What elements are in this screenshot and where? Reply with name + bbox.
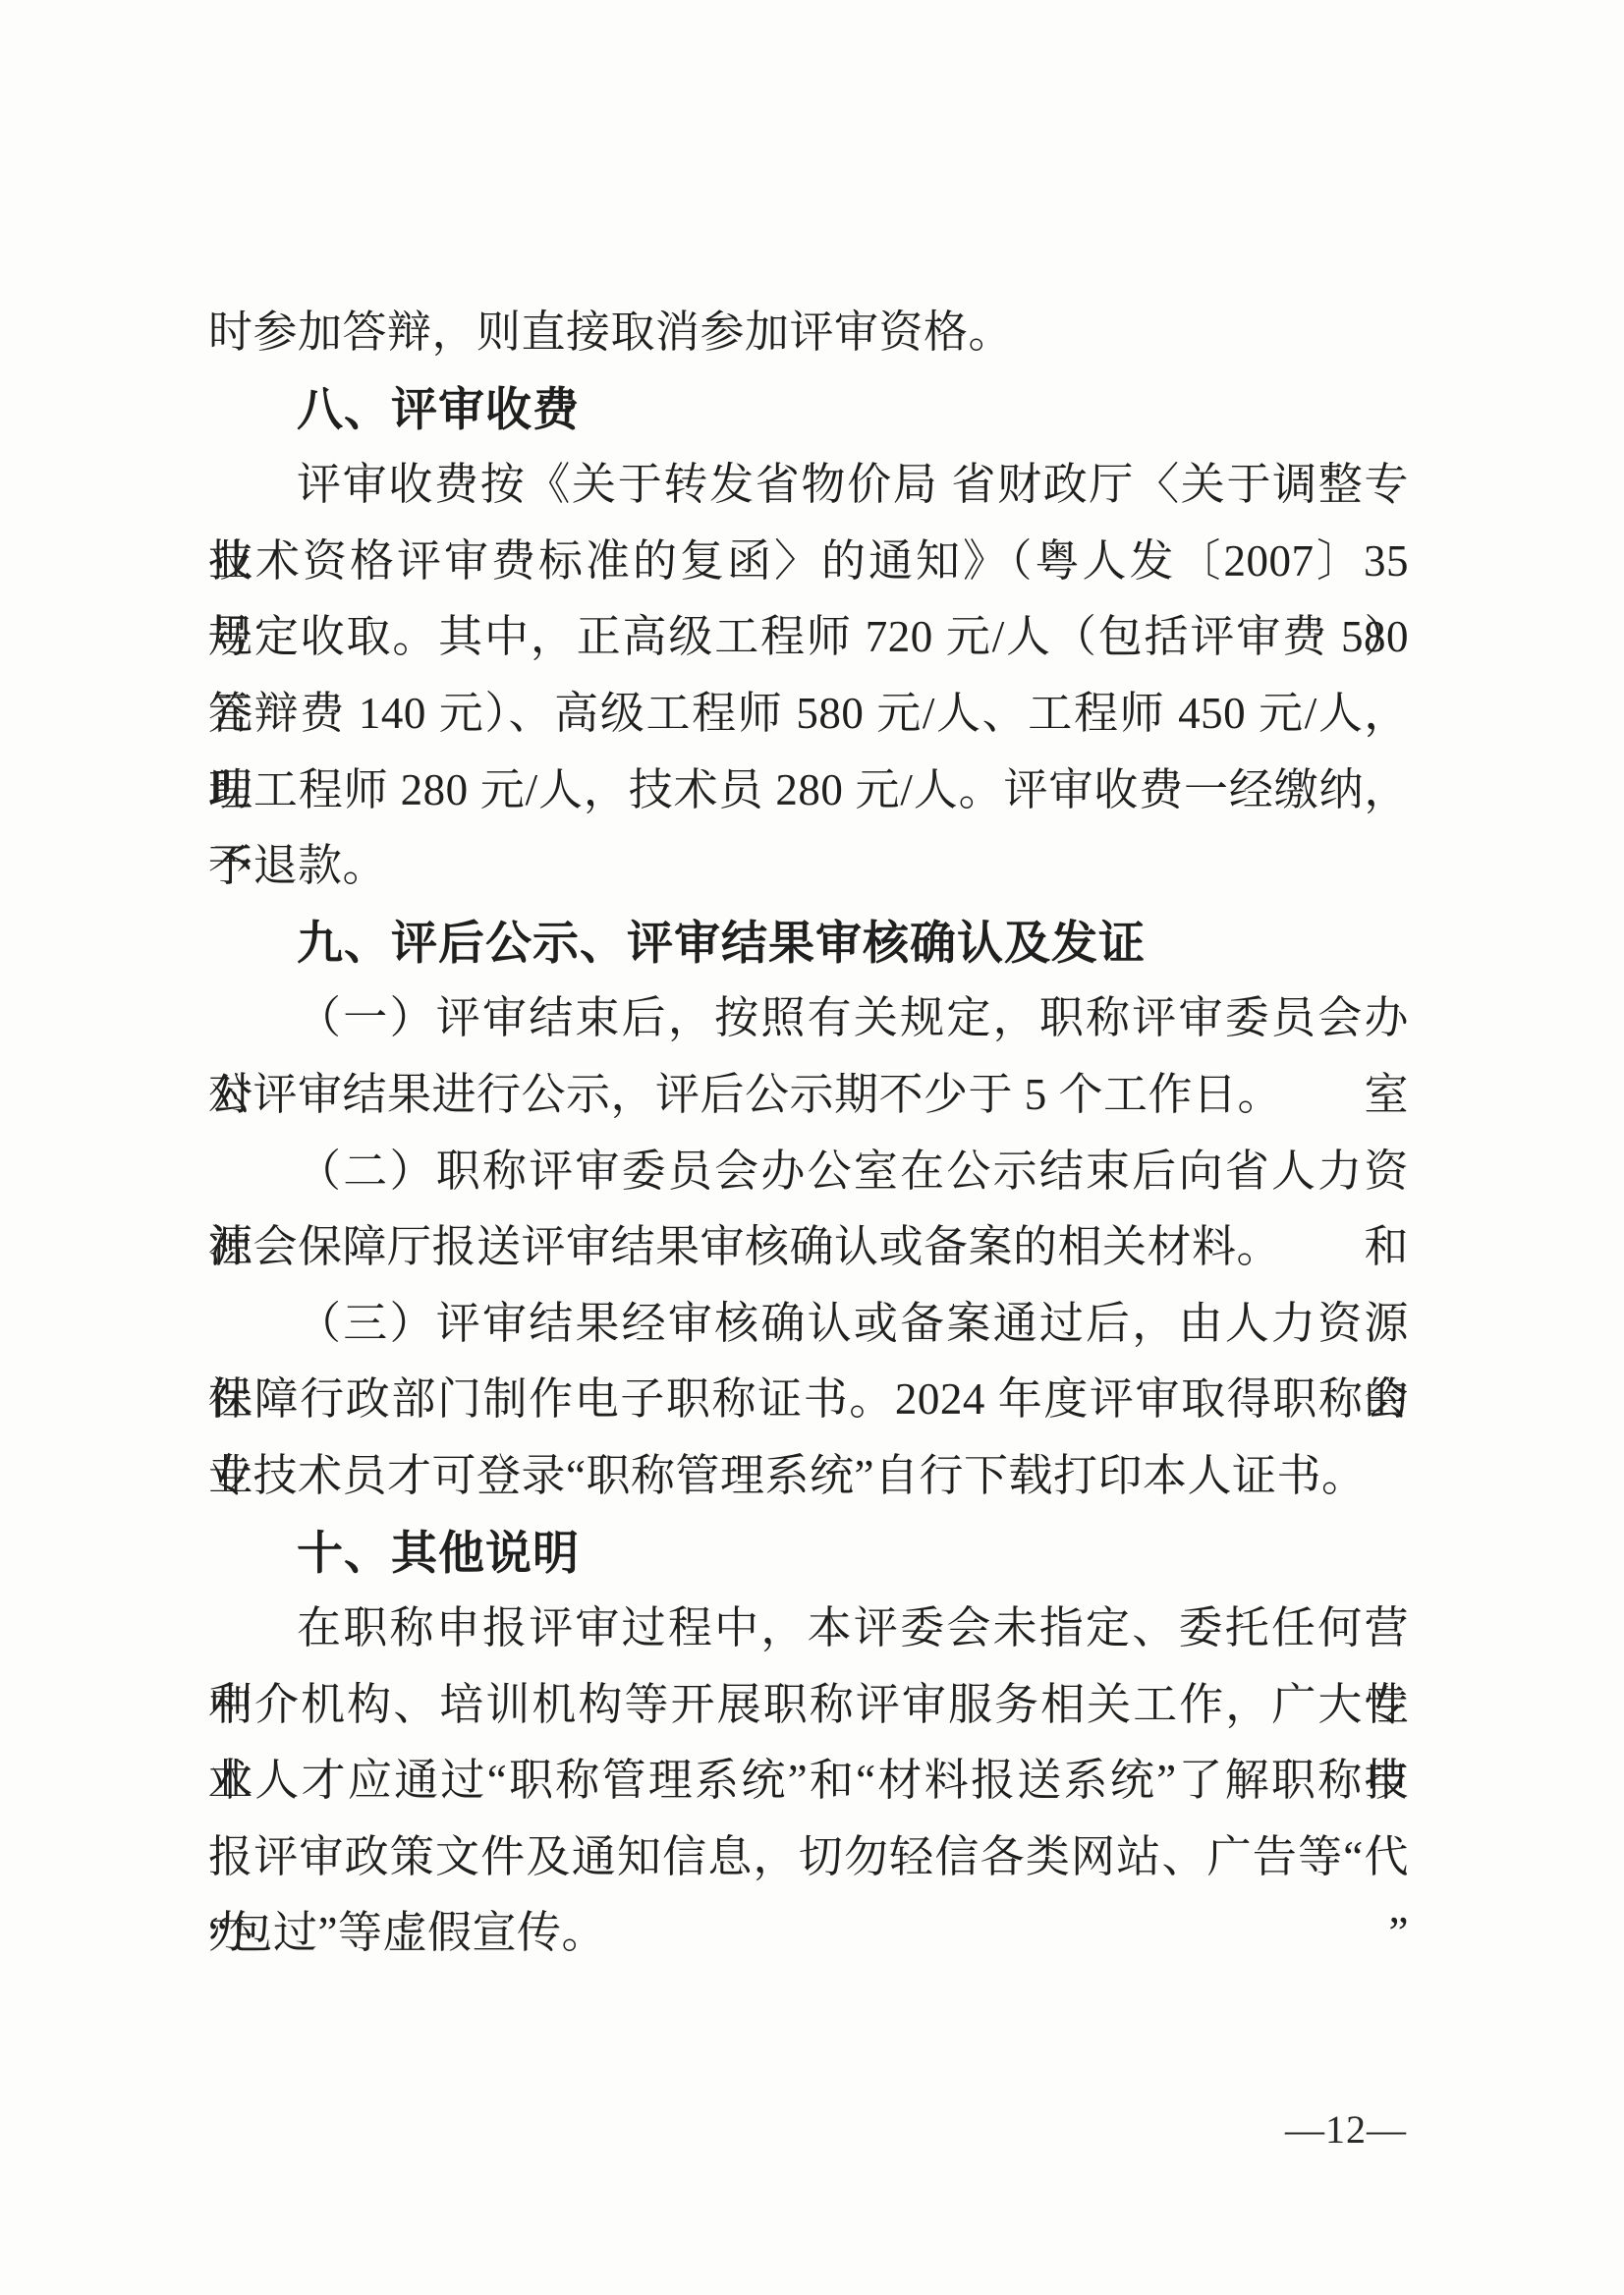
body-text-line: （二）职称评审委员会办公室在公示结束后向省人力资源和 <box>208 1134 1409 1210</box>
body-text-line: 予退款。 <box>208 828 1409 905</box>
body-text-line: （三）评审结果经审核确认或备案通过后，由人力资源社会 <box>208 1286 1409 1363</box>
body-text-line: 报评审政策文件及通知信息，切勿轻信各类网站、广告等“代办” <box>208 1819 1409 1896</box>
body-text-line: 中介机构、培训机构等开展职称评审服务相关工作，广大专业技 <box>208 1667 1409 1744</box>
body-text-line: 业技术员才可登录“职称管理系统”自行下载打印本人证书。 <box>208 1438 1409 1515</box>
body-text-line: 评审收费按《关于转发省物价局 省财政厅〈关于调整专业 <box>208 447 1409 524</box>
section-heading: 八、评审收费 <box>208 371 1409 448</box>
body-text-line: 在职称申报评审过程中，本评委会未指定、委托任何营利性 <box>208 1591 1409 1667</box>
section-heading: 十、其他说明 <box>208 1515 1409 1592</box>
body-text-line: 社会保障厅报送评审结果审核确认或备案的相关材料。 <box>208 1209 1409 1286</box>
body-text-line: 保障行政部门制作电子职称证书。2024 年度评审取得职称的专 <box>208 1362 1409 1438</box>
body-text-line: 理工程师 280 元/人，技术员 280 元/人。评审收费一经缴纳，不 <box>208 753 1409 829</box>
body-text-line: 规定收取。其中，正高级工程师 720 元/人（包括评审费 580 元， <box>208 599 1409 676</box>
body-text-line: 对评审结果进行公示，评后公示期不少于 5 个工作日。 <box>208 1057 1409 1134</box>
body-text-line: 术人才应通过“职称管理系统”和“材料报送系统”了解职称申 <box>208 1743 1409 1819</box>
body-text-line: 答辩费 140 元）、高级工程师 580 元/人、工程师 450 元/人，助 <box>208 676 1409 753</box>
body-text-line: 技术资格评审费标准的复函〉的通知》（粤人发〔2007〕35 号） <box>208 524 1409 600</box>
page-number: —12— <box>1285 2108 1407 2152</box>
body-text-line: 时参加答辩，则直接取消参加评审资格。 <box>208 295 1409 371</box>
document-body: 时参加答辩，则直接取消参加评审资格。八、评审收费评审收费按《关于转发省物价局 省… <box>208 295 1409 1972</box>
document-page: 时参加答辩，则直接取消参加评审资格。八、评审收费评审收费按《关于转发省物价局 省… <box>0 0 1624 2295</box>
body-text-line: （一）评审结束后，按照有关规定，职称评审委员会办公室 <box>208 980 1409 1057</box>
section-heading: 九、评后公示、评审结果审核确认及发证 <box>208 905 1409 981</box>
